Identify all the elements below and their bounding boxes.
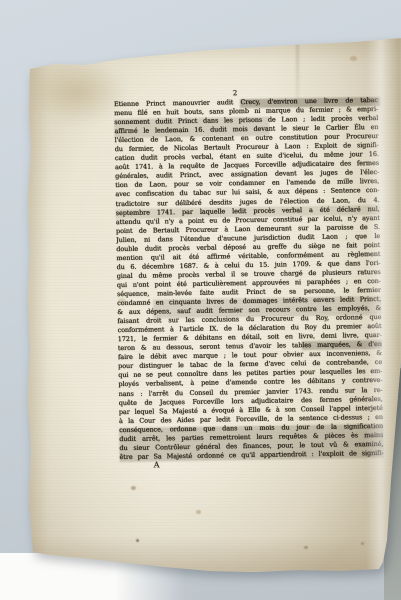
paper-right-curl-highlight bbox=[366, 38, 401, 593]
foxing-speck bbox=[118, 298, 126, 304]
paper-sheet: 2 Etienne Princt manouvrier audit Crecy,… bbox=[0, 0, 401, 600]
foxing-speck bbox=[196, 510, 201, 514]
photo-background: 2 Etienne Princt manouvrier audit Crecy,… bbox=[0, 0, 401, 600]
foxing-speck bbox=[350, 56, 357, 61]
paper-bottom-curl-shadow bbox=[28, 536, 384, 572]
ink-smudge bbox=[153, 296, 381, 319]
signature-mark: A bbox=[154, 460, 160, 469]
body-text: Etienne Princt manouvrier audit Crecy, d… bbox=[114, 96, 384, 463]
ink-smudge bbox=[114, 117, 269, 138]
paper-shadow-wrap: 2 Etienne Princt manouvrier audit Crecy,… bbox=[0, 0, 401, 600]
page-number: 2 bbox=[233, 89, 238, 97]
foxing-speck bbox=[131, 486, 136, 490]
ink-smudge bbox=[119, 424, 384, 462]
